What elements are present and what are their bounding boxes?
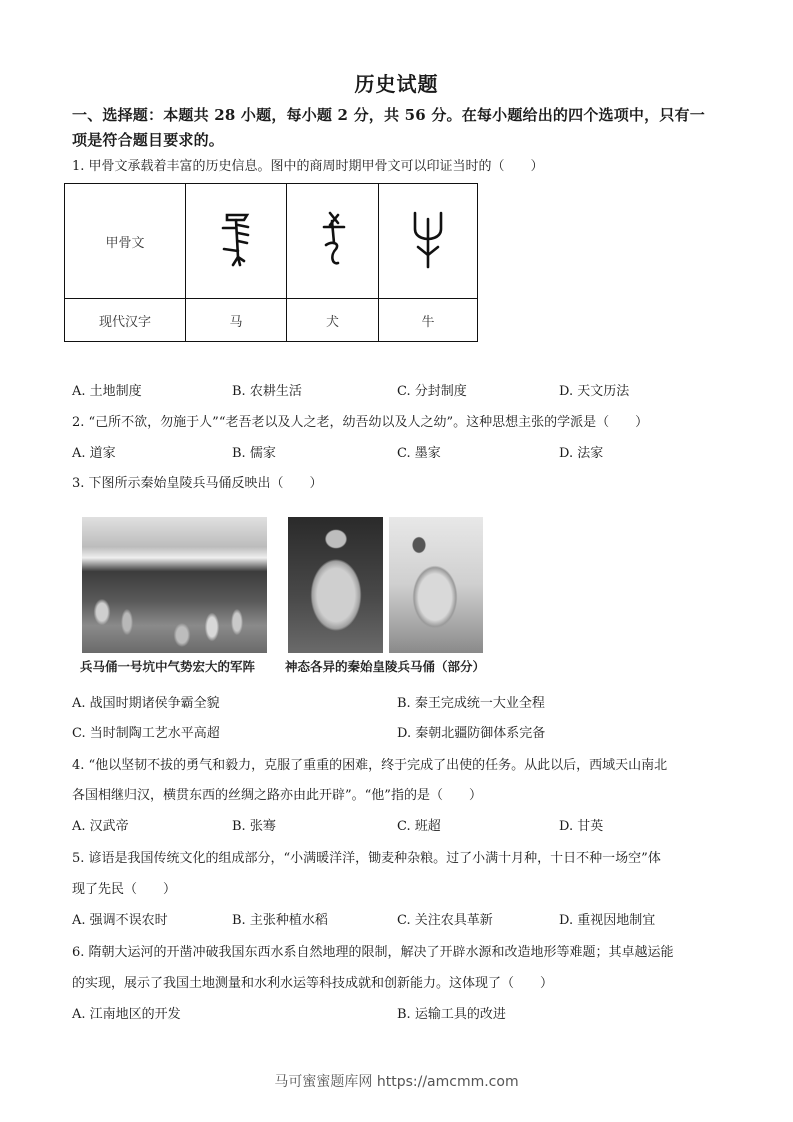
- question-5-stem-line2: 现了先民（ ）: [72, 882, 176, 898]
- question-4-stem-line2: 各国相继归汉，横贯东西的丝绸之路亦由此开辟”。“他”指的是（ ）: [72, 788, 482, 804]
- modern-char-horse: 马: [186, 299, 287, 342]
- terracotta-warrior-face-photo-2: [389, 517, 483, 653]
- oracle-bone-ox-glyph-icon: [411, 209, 445, 269]
- oracle-bone-table: 甲骨文: [64, 183, 478, 342]
- section-heading-line1: 一、选择题：本题共 28 小题，每小题 2 分，共 56 分。在每小题给出的四个…: [72, 104, 705, 125]
- question-4-option-d[interactable]: D. 甘英: [559, 819, 603, 835]
- page-title: 历史试题: [0, 68, 793, 97]
- question-3-stem: 3. 下图所示秦始皇陵兵马俑反映出（ ）: [72, 476, 323, 492]
- question-3-option-a[interactable]: A. 战国时期诸侯争霸全貌: [72, 696, 220, 712]
- question-3-option-d[interactable]: D. 秦朝北疆防御体系完备: [397, 726, 545, 742]
- question-3-option-c[interactable]: C. 当时制陶工艺水平高超: [72, 726, 220, 742]
- oracle-bone-dog-glyph-icon: [318, 209, 348, 269]
- question-1-option-d[interactable]: D. 天文历法: [559, 384, 629, 400]
- question-6-option-a[interactable]: A. 江南地区的开发: [72, 1007, 181, 1023]
- photo-caption-warriors: 神态各异的秦始皇陵兵马俑（部分）: [285, 657, 485, 675]
- photo-caption-army: 兵马俑一号坑中气势宏大的军阵: [80, 657, 255, 675]
- question-2-option-b[interactable]: B. 儒家: [232, 446, 276, 462]
- terracotta-warrior-face-photo-1: [288, 517, 383, 653]
- modern-char-ox: 牛: [379, 299, 478, 342]
- question-4-option-c[interactable]: C. 班超: [397, 819, 441, 835]
- table-row-label-oracle: 甲骨文: [65, 184, 186, 299]
- question-6-stem-line2: 的实现，展示了我国土地测量和水利水运等科技成就和创新能力。这体现了（ ）: [72, 976, 553, 992]
- question-1-option-c[interactable]: C. 分封制度: [397, 384, 467, 400]
- question-4-option-a[interactable]: A. 汉武帝: [72, 819, 129, 835]
- oracle-bone-horse-glyph-icon: [221, 209, 251, 269]
- question-1-option-a[interactable]: A. 土地制度: [72, 384, 142, 400]
- oracle-bone-dog-glyph-cell: [287, 184, 379, 299]
- question-5-stem-line1: 5. 谚语是我国传统文化的组成部分，“小满暖洋洋，锄麦种杂粮。过了小满十月种，十…: [72, 851, 661, 867]
- question-1-option-b[interactable]: B. 农耕生活: [232, 384, 302, 400]
- footer-watermark: 马可蜜蜜题库网 https://amcmm.com: [0, 1071, 793, 1091]
- terracotta-army-pit-photo: [82, 517, 267, 653]
- modern-char-dog: 犬: [287, 299, 379, 342]
- question-2-option-d[interactable]: D. 法家: [559, 446, 603, 462]
- question-1-stem: 1. 甲骨文承载着丰富的历史信息。图中的商周时期甲骨文可以印证当时的（ ）: [72, 159, 544, 175]
- question-4-stem-line1: 4. “他以坚韧不拔的勇气和毅力，克服了重重的困难，终于完成了出使的任务。从此以…: [72, 758, 667, 774]
- question-5-option-c[interactable]: C. 关注农具革新: [397, 913, 493, 929]
- question-2-stem: 2. “己所不欲，勿施于人”“老吾老以及人之老，幼吾幼以及人之幼”。这种思想主张…: [72, 415, 648, 431]
- oracle-bone-horse-glyph-cell: [186, 184, 287, 299]
- question-6-option-b[interactable]: B. 运输工具的改进: [397, 1007, 506, 1023]
- section-heading-line2: 项是符合题目要求的。: [72, 129, 224, 150]
- question-6-stem-line1: 6. 隋朝大运河的开凿冲破我国东西水系自然地理的限制，解决了开辟水源和改造地形等…: [72, 945, 674, 961]
- table-row-label-modern: 现代汉字: [65, 299, 186, 342]
- oracle-bone-ox-glyph-cell: [379, 184, 478, 299]
- question-5-option-d[interactable]: D. 重视因地制宜: [559, 913, 655, 929]
- question-3-option-b[interactable]: B. 秦王完成统一大业全程: [397, 696, 545, 712]
- question-2-option-a[interactable]: A. 道家: [72, 446, 116, 462]
- question-5-option-a[interactable]: A. 强调不误农时: [72, 913, 168, 929]
- question-4-option-b[interactable]: B. 张骞: [232, 819, 276, 835]
- question-2-option-c[interactable]: C. 墨家: [397, 446, 441, 462]
- question-5-option-b[interactable]: B. 主张种植水稻: [232, 913, 328, 929]
